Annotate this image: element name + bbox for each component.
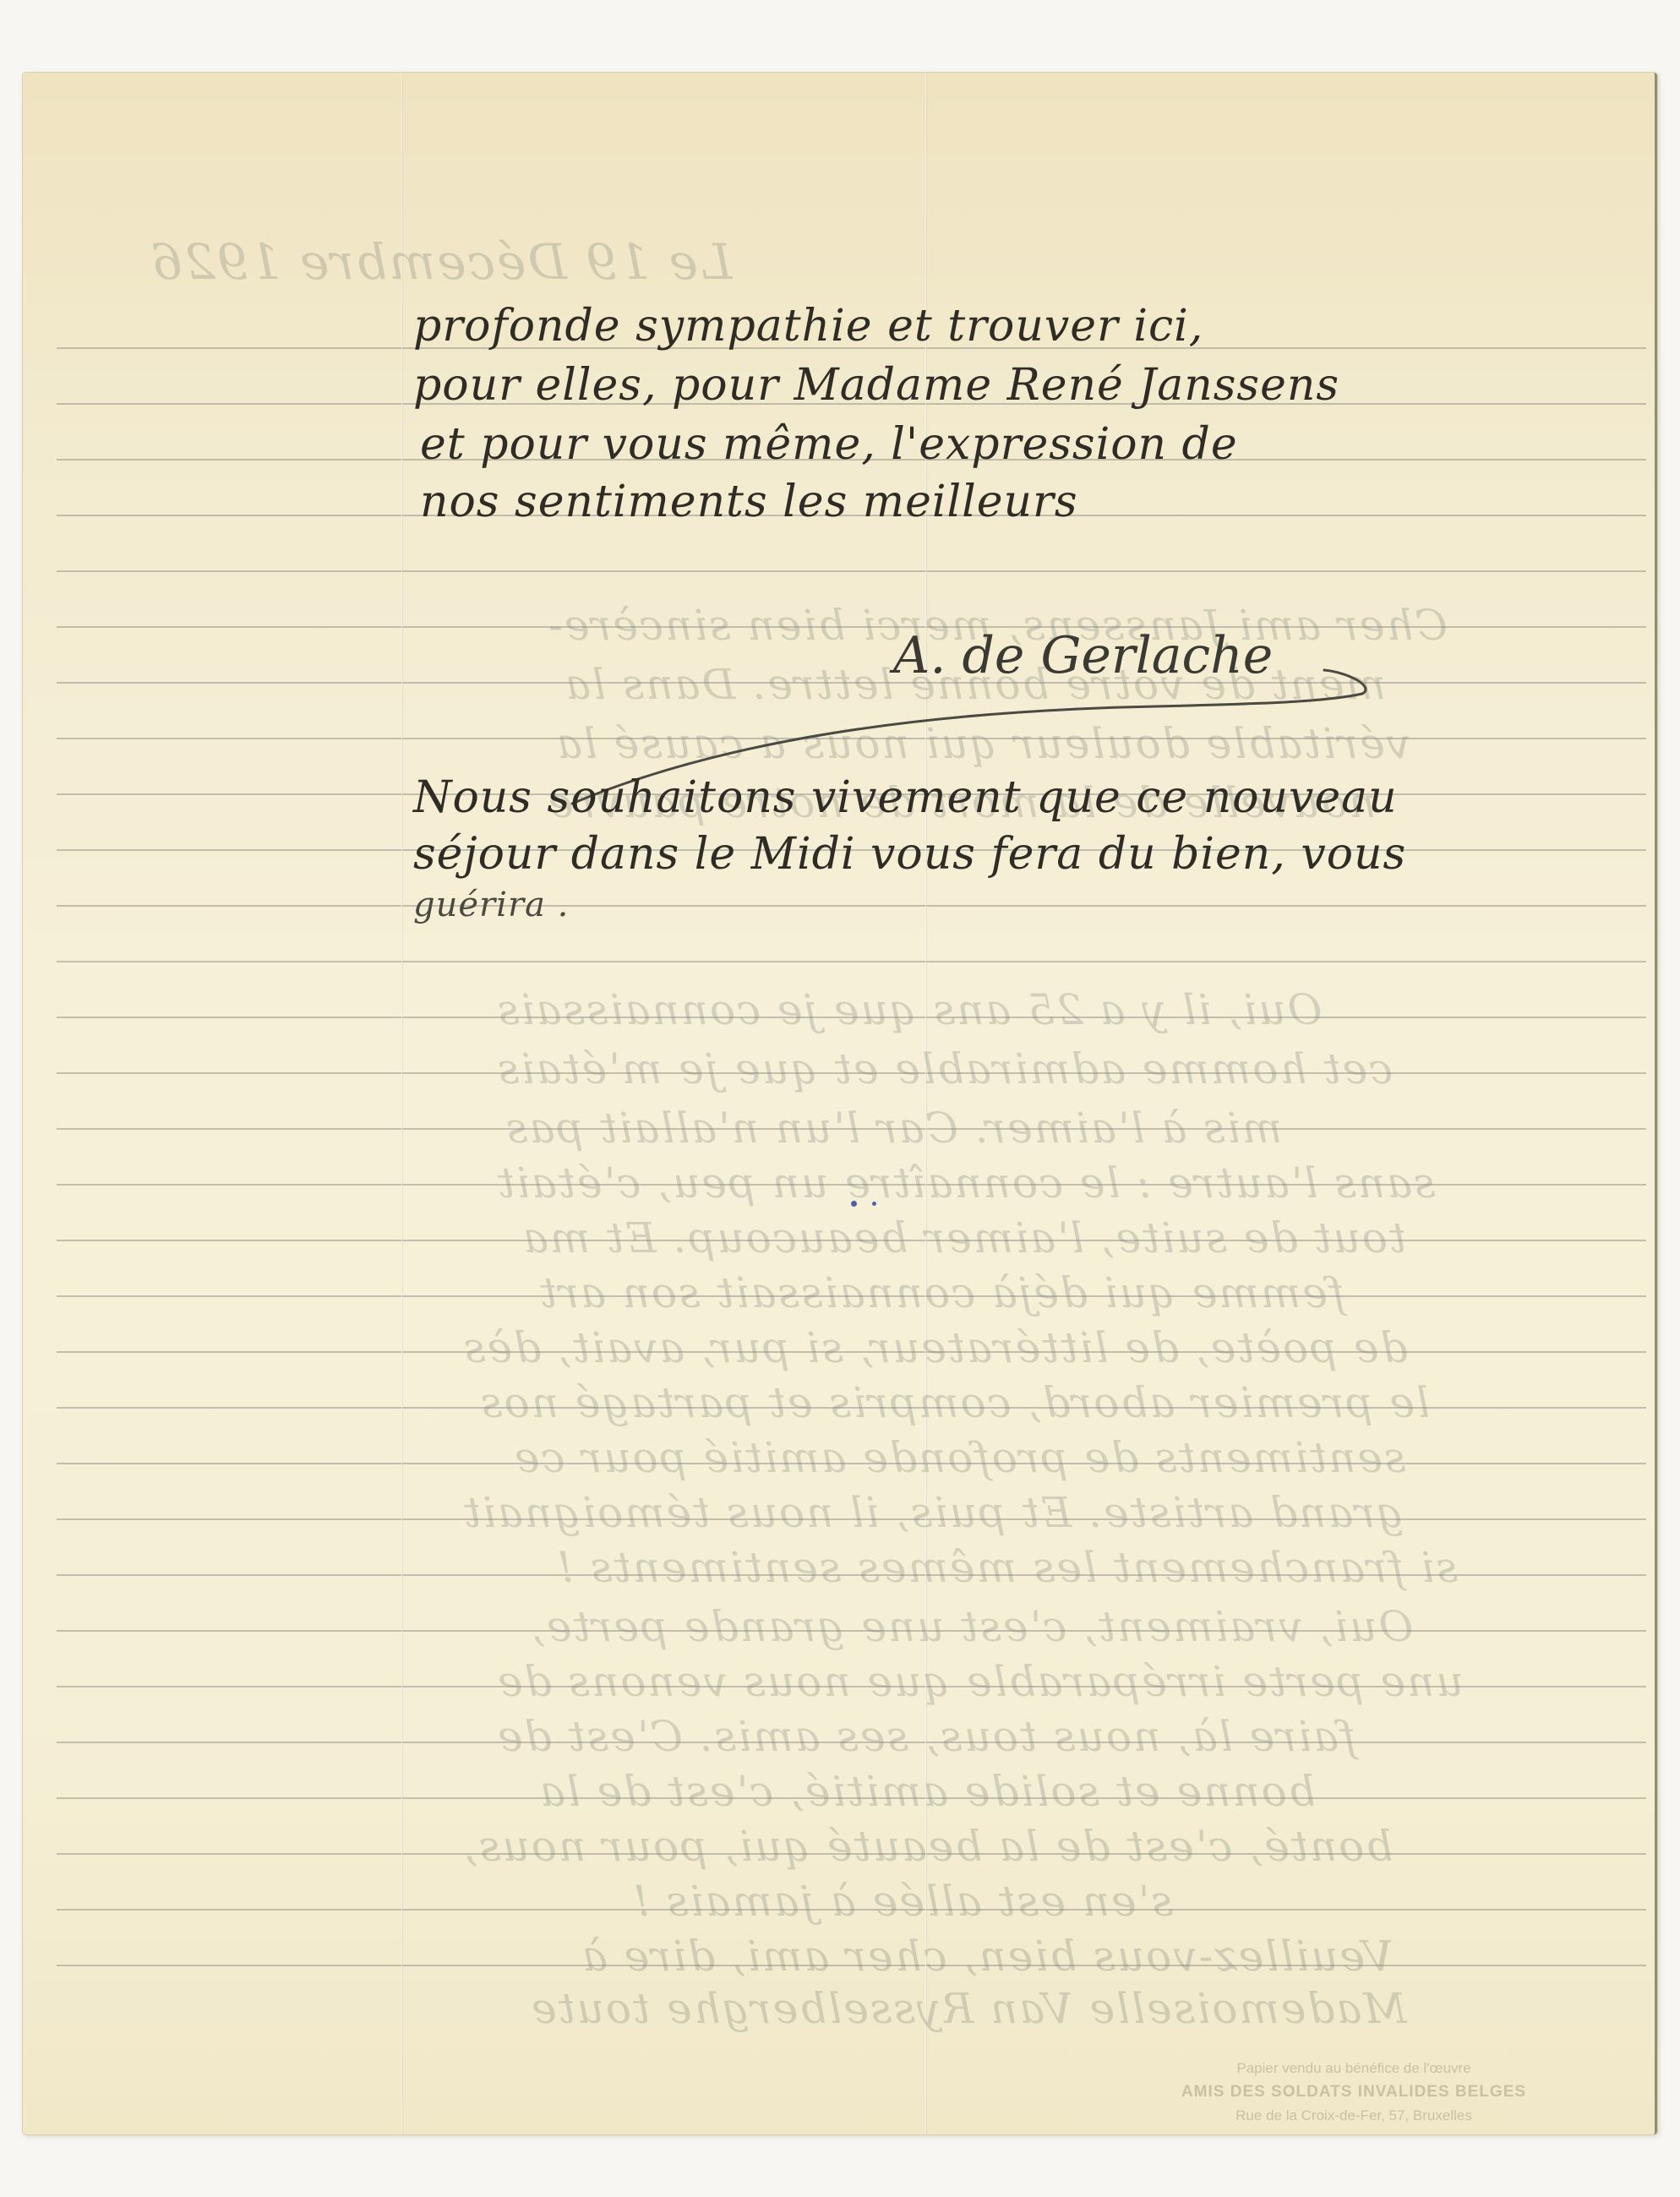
letterhead-footer: Papier vendu au bénéfice de l'œuvre AMIS…: [1155, 2057, 1552, 2128]
bleed-through-line: bonté, c'est de la beauté qui, pour nous…: [462, 1822, 1393, 1871]
bleed-through-date: Le 19 Décembre 1926: [150, 233, 732, 291]
ink-spot: [851, 1201, 857, 1207]
letter-line: nos sentiments les meilleurs: [420, 477, 1078, 527]
bleed-through-line: de poète, de littérateur, si pur, avait,…: [462, 1323, 1408, 1372]
footer-line-3: Rue de la Croix-de-Fer, 57, Bruxelles: [1155, 2104, 1552, 2128]
bleed-through-line: Veuillez-vous bien, cher ami, dire à: [581, 1932, 1394, 1981]
bleed-through-line: femme qui déjà connaissait son art: [538, 1268, 1345, 1317]
footer-line-2: AMIS DES SOLDATS INVALIDES BELGES: [1155, 2080, 1552, 2104]
bleed-through-line: mis à l'aimer. Car l'un n'allait pas: [505, 1104, 1282, 1153]
bleed-through-line: bonne et solide amitié, c'est de la: [538, 1767, 1316, 1816]
bleed-through-line: s'en est allée à jamais !: [631, 1877, 1173, 1926]
letter-line: profonde sympathie et trouver ici,: [413, 301, 1203, 352]
letter-line: et pour vous même, l'expression de: [420, 419, 1238, 470]
fold-crease-left: [401, 73, 403, 2134]
footer-line-1: Papier vendu au bénéfice de l'œuvre: [1155, 2057, 1552, 2080]
bleed-through-line: sans l'autre : le connaître un peu, c'ét…: [496, 1158, 1436, 1208]
bleed-through-line: une perte irréparable que nous venons de: [496, 1657, 1464, 1706]
postscript-line: Nous souhaitons vivement que ce nouveau: [413, 772, 1398, 823]
bleed-through-line: le premier abord, compris et partagé nos: [479, 1378, 1430, 1427]
bleed-through-line: grand artiste. Et puis, il nous témoigna…: [462, 1488, 1404, 1537]
letter-sheet: Le 19 Décembre 1926 Cher ami Janssens, m…: [23, 73, 1657, 2134]
ink-spot: [872, 1202, 876, 1206]
bleed-through-line: tout de suite, l'aimer beaucoup. Et ma: [521, 1213, 1406, 1262]
postscript-line: guérira .: [413, 886, 569, 924]
bleed-through-line: Oui, il y a 25 ans que je connaissais: [496, 985, 1323, 1034]
bleed-through-line: Oui, vraiment, c'est une grande perte,: [530, 1602, 1413, 1651]
bleed-through-line: faire là, nous tous, ses amis. C'est de: [496, 1712, 1355, 1761]
postscript-line: séjour dans le Midi vous fera du bien, v…: [413, 829, 1406, 880]
letter-line: pour elles, pour Madame René Janssens: [413, 360, 1339, 411]
bleed-through-line: Mademoiselle Van Rysselberghe toute: [530, 1984, 1406, 2033]
bleed-through-line: si franchement les mêmes sentiments !: [555, 1543, 1458, 1592]
bleed-through-line: sentiments de profonde amitié pour ce: [513, 1433, 1406, 1482]
bleed-through-line: cet homme admirable et que je m'étais: [496, 1044, 1393, 1093]
